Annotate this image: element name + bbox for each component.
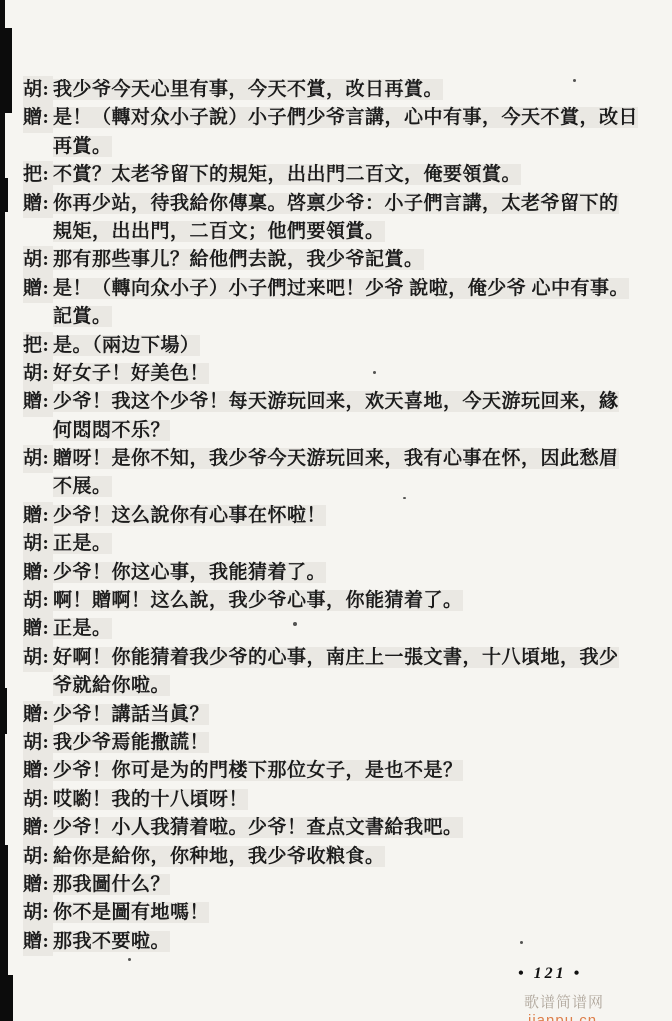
dialogue-line-text: 何悶悶不乐？ bbox=[53, 420, 170, 441]
speaker-label: 贈: bbox=[23, 757, 53, 785]
speaker-label: 把: bbox=[23, 161, 53, 189]
dialogue-line: 贈:是！（轉对众小子說）小子們少爷言講，心中有事，今天不賞，改日 bbox=[0, 104, 666, 132]
dialogue-line: 贈:少爷！講話当眞？ bbox=[0, 701, 666, 729]
page-number: • 121 • bbox=[518, 965, 582, 983]
dialogue-line-text: 少爷！我这个少爷！每天游玩回来，欢天喜地，今天游玩回来，緣 bbox=[53, 391, 619, 412]
dialogue-line-text: 哎喲！我的十八頃呀！ bbox=[53, 789, 248, 810]
dialogue-line-text: 少爷！小人我猜着啦。少爷！查点文書給我吧。 bbox=[53, 817, 463, 838]
dialogue-line-text: 是！（轉向众小子）小子們过来吧！少爷 說啦，俺少爷 心中有事。 bbox=[53, 278, 629, 299]
dialogue-line-text: 不賞？太老爷留下的規矩，出出門二百文，俺要領賞。 bbox=[53, 164, 521, 185]
speaker-label: 贈: bbox=[23, 388, 53, 416]
dialogue-line-text: 好女子！好美色！ bbox=[53, 363, 209, 384]
scan-speck bbox=[520, 941, 523, 944]
dialogue-line: 胡:給你是給你，你种地，我少爷收粮食。 bbox=[0, 843, 666, 871]
dialogue-line-text: 那我圖什么？ bbox=[53, 874, 170, 895]
dialogue-line-text: 我少爷焉能撒謊！ bbox=[53, 732, 209, 753]
speaker-label: 贈: bbox=[23, 814, 53, 842]
dialogue-line-text: 爷就給你啦。 bbox=[53, 675, 170, 696]
dialogue-line: 贈:少爷！小人我猜着啦。少爷！查点文書給我吧。 bbox=[0, 814, 666, 842]
dialogue-line-text: 那我不要啦。 bbox=[53, 931, 170, 952]
dialogue-line-text: 正是。 bbox=[53, 533, 112, 554]
dialogue-line: 胡:你不是圖有地嗎！ bbox=[0, 899, 666, 927]
dialogue-line-text: 規矩，出出門，二百文；他們要領賞。 bbox=[53, 221, 385, 242]
speaker-label: 胡: bbox=[23, 530, 53, 558]
dialogue-line: 規矩，出出門，二百文；他們要領賞。 bbox=[0, 218, 666, 246]
dialogue-line-text: 是！（轉对众小子說）小子們少爷言講，心中有事，今天不賞，改日 bbox=[53, 107, 638, 128]
dialogue-line: 胡:正是。 bbox=[0, 530, 666, 558]
dialogue-line: 胡:啊！贈啊！这么說，我少爷心事，你能猜着了。 bbox=[0, 587, 666, 615]
scan-speck bbox=[373, 371, 376, 374]
dialogue-line: 贈:少爷！你这心事，我能猜着了。 bbox=[0, 559, 666, 587]
dialogue-line: 不展。 bbox=[0, 473, 666, 501]
speaker-label: 胡: bbox=[23, 899, 53, 927]
dialogue-text: 胡:我少爷今天心里有事，今天不賞，改日再賞。贈:是！（轉对众小子說）小子們少爷言… bbox=[0, 76, 666, 956]
speaker-label: 胡: bbox=[23, 360, 53, 388]
dialogue-line-text: 正是。 bbox=[53, 618, 112, 639]
speaker-label: 胡: bbox=[23, 729, 53, 757]
speaker-label: 胡: bbox=[23, 644, 53, 672]
dialogue-line-text: 你再少站，待我給你傳稟。啓禀少爷：小子們言講，太老爷留下的 bbox=[53, 193, 619, 214]
dialogue-line: 胡:贈呀！是你不知，我少爷今天游玩回来，我有心事在怀，因此愁眉 bbox=[0, 445, 666, 473]
dialogue-line: 把:是。（兩边下場） bbox=[0, 332, 666, 360]
dialogue-line-text: 少爷！你这心事，我能猜着了。 bbox=[53, 562, 326, 583]
scan-speck bbox=[293, 622, 297, 626]
speaker-label: 贈: bbox=[23, 871, 53, 899]
dialogue-line: 胡:好啊！你能猜着我少爷的心事，南庄上一張文書，十八頃地，我少 bbox=[0, 644, 666, 672]
dialogue-line-text: 那有那些事儿？給他們去說，我少爷記賞。 bbox=[53, 249, 424, 270]
dialogue-line-text: 是。（兩边下場） bbox=[53, 335, 200, 356]
dialogue-line-text: 記賞。 bbox=[53, 306, 112, 327]
watermark-site-domain: jianpu.cn bbox=[528, 1012, 597, 1021]
scan-edge-blob bbox=[0, 975, 13, 1021]
scan-speck bbox=[573, 79, 576, 82]
dialogue-line: 贈:那我不要啦。 bbox=[0, 928, 666, 956]
dialogue-line-text: 少爷！这么說你有心事在怀啦！ bbox=[53, 505, 326, 526]
speaker-label: 贈: bbox=[23, 928, 53, 956]
dialogue-line-text: 贈呀！是你不知，我少爷今天游玩回来，我有心事在怀，因此愁眉 bbox=[53, 448, 619, 469]
dialogue-line: 贈:你再少站，待我給你傳稟。啓禀少爷：小子們言講，太老爷留下的 bbox=[0, 190, 666, 218]
speaker-label: 贈: bbox=[23, 701, 53, 729]
dialogue-line: 再賞。 bbox=[0, 133, 666, 161]
speaker-label: 胡: bbox=[23, 445, 53, 473]
speaker-label: 胡: bbox=[23, 587, 53, 615]
scan-speck bbox=[128, 958, 131, 961]
speaker-label: 贈: bbox=[23, 190, 53, 218]
speaker-label: 把: bbox=[23, 332, 53, 360]
scanned-page: 胡:我少爷今天心里有事，今天不賞，改日再賞。贈:是！（轉对众小子說）小子們少爷言… bbox=[0, 0, 672, 1021]
speaker-label: 胡: bbox=[23, 76, 53, 104]
speaker-label: 胡: bbox=[23, 246, 53, 274]
speaker-label: 贈: bbox=[23, 502, 53, 530]
dialogue-line: 胡:我少爷今天心里有事，今天不賞，改日再賞。 bbox=[0, 76, 666, 104]
dialogue-line-text: 不展。 bbox=[53, 476, 112, 497]
dialogue-line: 胡:那有那些事儿？給他們去說，我少爷記賞。 bbox=[0, 246, 666, 274]
dialogue-line: 贈:少爷！你可是为的門楼下那位女子，是也不是？ bbox=[0, 757, 666, 785]
dialogue-line: 胡:好女子！好美色！ bbox=[0, 360, 666, 388]
dialogue-line: 爷就給你啦。 bbox=[0, 672, 666, 700]
dialogue-line: 胡:我少爷焉能撒謊！ bbox=[0, 729, 666, 757]
watermark: 歌谱简谱网 jianpu.cn bbox=[524, 991, 672, 1021]
dialogue-line-text: 給你是給你，你种地，我少爷收粮食。 bbox=[53, 846, 385, 867]
dialogue-line: 贈:正是。 bbox=[0, 615, 666, 643]
speaker-label: 贈: bbox=[23, 275, 53, 303]
speaker-label: 贈: bbox=[23, 559, 53, 587]
watermark-site-name: 歌谱简谱网 bbox=[524, 994, 604, 1011]
dialogue-line: 贈:少爷！我这个少爷！每天游玩回来，欢天喜地，今天游玩回来，緣 bbox=[0, 388, 666, 416]
dialogue-line: 記賞。 bbox=[0, 303, 666, 331]
dialogue-line-text: 再賞。 bbox=[53, 136, 112, 157]
dialogue-line: 胡:哎喲！我的十八頃呀！ bbox=[0, 786, 666, 814]
dialogue-line-text: 啊！贈啊！这么說，我少爷心事，你能猜着了。 bbox=[53, 590, 463, 611]
dialogue-line-text: 少爷！你可是为的門楼下那位女子，是也不是？ bbox=[53, 760, 463, 781]
speaker-label: 贈: bbox=[23, 615, 53, 643]
scan-speck bbox=[403, 497, 406, 499]
dialogue-line-text: 我少爷今天心里有事，今天不賞，改日再賞。 bbox=[53, 79, 443, 100]
speaker-label: 胡: bbox=[23, 843, 53, 871]
speaker-label: 贈: bbox=[23, 104, 53, 132]
dialogue-line-text: 好啊！你能猜着我少爷的心事，南庄上一張文書，十八頃地，我少 bbox=[53, 647, 619, 668]
dialogue-line: 何悶悶不乐？ bbox=[0, 417, 666, 445]
dialogue-line: 把:不賞？太老爷留下的規矩，出出門二百文，俺要領賞。 bbox=[0, 161, 666, 189]
dialogue-line-text: 少爷！講話当眞？ bbox=[53, 704, 209, 725]
dialogue-line: 贈:少爷！这么說你有心事在怀啦！ bbox=[0, 502, 666, 530]
dialogue-line: 贈:是！（轉向众小子）小子們过来吧！少爷 說啦，俺少爷 心中有事。 bbox=[0, 275, 666, 303]
dialogue-line-text: 你不是圖有地嗎！ bbox=[53, 902, 209, 923]
speaker-label: 胡: bbox=[23, 786, 53, 814]
dialogue-line: 贈:那我圖什么？ bbox=[0, 871, 666, 899]
